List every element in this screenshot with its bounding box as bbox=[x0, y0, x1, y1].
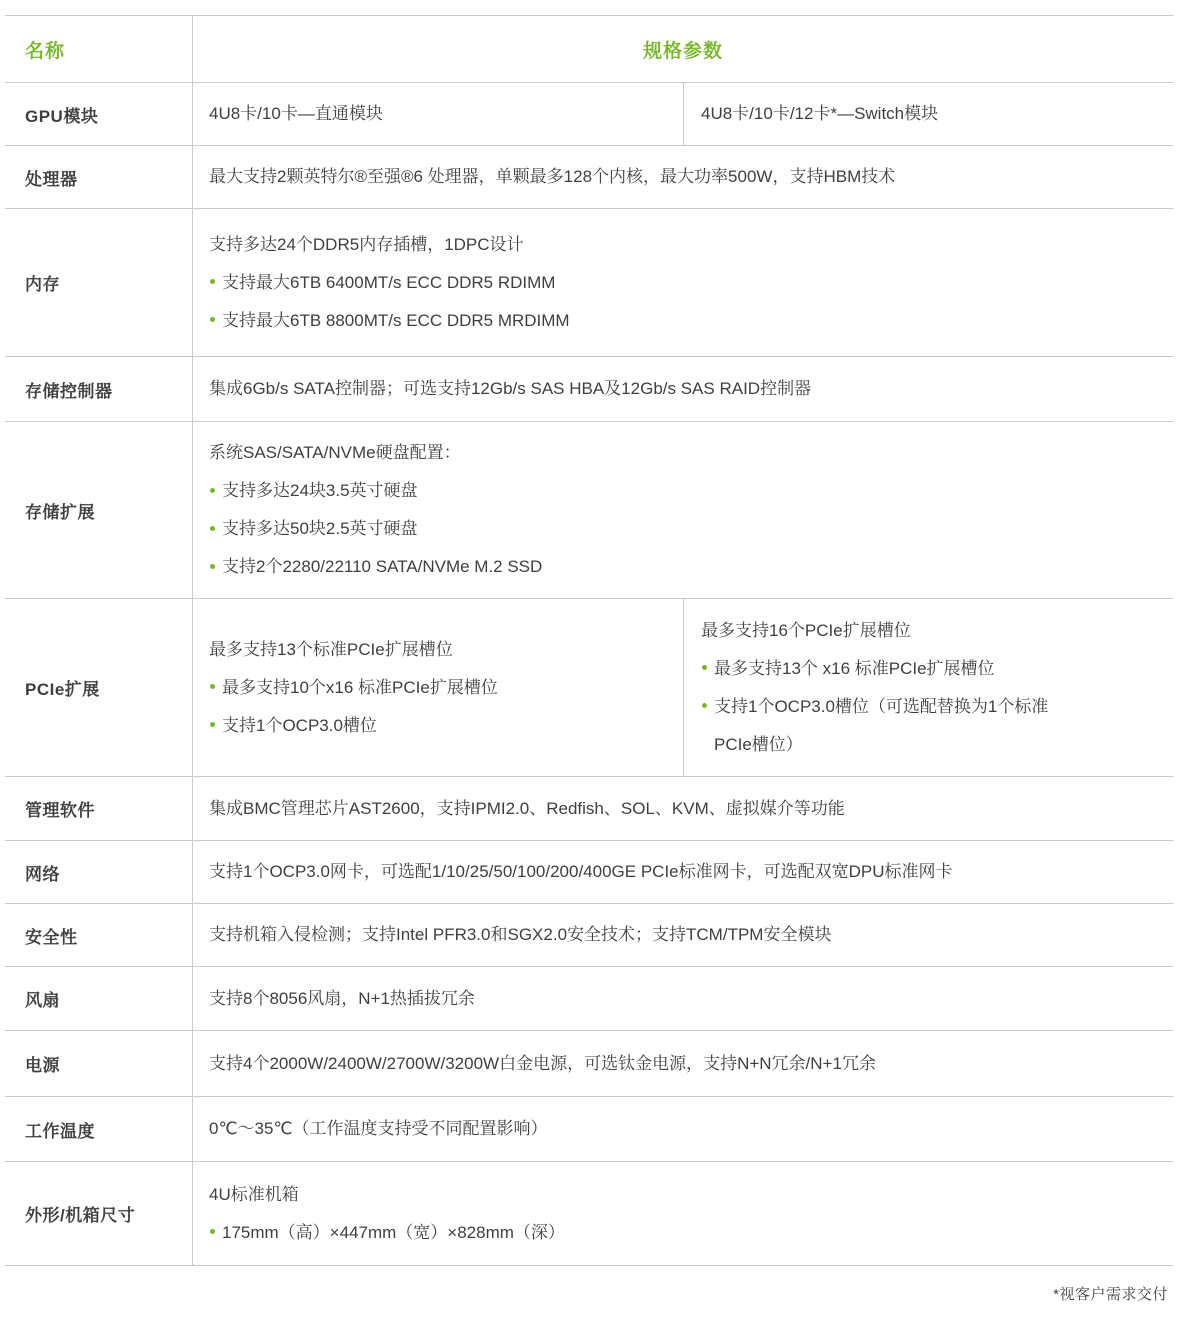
row-content: 4U标准机箱175mm（高）×447mm（宽）×828mm（深） bbox=[193, 1162, 1173, 1265]
spec-line: 支持1个OCP3.0槽位 bbox=[209, 707, 663, 745]
spec-line: 集成6Gb/s SATA控制器；可选支持12Gb/s SAS HBA及12Gb/… bbox=[209, 370, 1153, 408]
spec-row-processor: 处理器最大支持2颗英特尔®至强®6 处理器，单颗最多128个内核，最大功率500… bbox=[5, 146, 1173, 209]
row-content: 集成6Gb/s SATA控制器；可选支持12Gb/s SAS HBA及12Gb/… bbox=[193, 357, 1173, 421]
spec-row-storage-expansion: 存储扩展系统SAS/SATA/NVMe硬盘配置：支持多达24块3.5英寸硬盘支持… bbox=[5, 422, 1173, 599]
bullet-dot-icon bbox=[210, 279, 215, 284]
spec-line-text: 集成6Gb/s SATA控制器；可选支持12Gb/s SAS HBA及12Gb/… bbox=[209, 379, 811, 398]
spec-line-text: 4U8卡/10卡—直通模块 bbox=[209, 104, 383, 123]
bullet-dot-icon bbox=[210, 317, 215, 322]
row-content: 支持1个OCP3.0网卡，可选配1/10/25/50/100/200/400GE… bbox=[193, 841, 1173, 903]
spec-line: 支持1个OCP3.0网卡，可选配1/10/25/50/100/200/400GE… bbox=[209, 853, 1153, 891]
spec-line-text: 支持8个8056风扇，N+1热插拔冗余 bbox=[209, 989, 475, 1008]
spec-line: 4U标准机箱 bbox=[209, 1176, 1153, 1214]
row-content: 支持机箱入侵检测；支持Intel PFR3.0和SGX2.0安全技术；支持TCM… bbox=[193, 904, 1173, 966]
spec-line: 0℃～35℃（工作温度支持受不同配置影响） bbox=[209, 1110, 1153, 1148]
spec-row-operating-temperature: 工作温度0℃～35℃（工作温度支持受不同配置影响） bbox=[5, 1097, 1173, 1162]
spec-line-text: 支持最大6TB 6400MT/s ECC DDR5 RDIMM bbox=[222, 273, 555, 292]
row-content: 支持多达24个DDR5内存插槽，1DPC设计支持最大6TB 6400MT/s E… bbox=[193, 209, 1173, 356]
spec-line: 最多支持10个x16 标准PCIe扩展槽位 bbox=[209, 669, 663, 707]
footnote: *视客户需求交付 bbox=[1053, 1283, 1168, 1304]
spec-line: 支持8个8056风扇，N+1热插拔冗余 bbox=[209, 980, 1153, 1018]
spec-line-text: 系统SAS/SATA/NVMe硬盘配置： bbox=[209, 443, 461, 462]
spec-line: 最大支持2颗英特尔®至强®6 处理器，单颗最多128个内核，最大功率500W，支… bbox=[209, 158, 1153, 196]
row-label: 安全性 bbox=[5, 904, 193, 966]
spec-line: 支持多达50块2.5英寸硬盘 bbox=[209, 510, 1153, 548]
header-name-label: 名称 bbox=[25, 36, 65, 63]
row-label: 外形/机箱尺寸 bbox=[5, 1162, 193, 1265]
spec-line-text: 支持1个OCP3.0槽位 bbox=[222, 716, 377, 735]
spec-line-text: 支持机箱入侵检测；支持Intel PFR3.0和SGX2.0安全技术；支持TCM… bbox=[209, 925, 831, 944]
header-spec-column: 规格参数 bbox=[193, 16, 1173, 82]
bullet-dot-icon bbox=[210, 722, 215, 727]
spec-line: 支持2个2280/22110 SATA/NVMe M.2 SSD bbox=[209, 548, 1153, 586]
spec-line-text: 4U标准机箱 bbox=[209, 1185, 299, 1204]
spec-line-text: 支持多达24块3.5英寸硬盘 bbox=[222, 481, 418, 500]
spec-table: 名称 规格参数 GPU模块4U8卡/10卡—直通模块4U8卡/10卡/12卡*—… bbox=[5, 15, 1173, 1266]
spec-line-text: 支持多达50块2.5英寸硬盘 bbox=[222, 519, 418, 538]
spec-line: 175mm（高）×447mm（宽）×828mm（深） bbox=[209, 1214, 1153, 1252]
spec-row-security: 安全性支持机箱入侵检测；支持Intel PFR3.0和SGX2.0安全技术；支持… bbox=[5, 904, 1173, 967]
spec-line: 系统SAS/SATA/NVMe硬盘配置： bbox=[209, 434, 1153, 472]
spec-line: 最多支持13个标准PCIe扩展槽位 bbox=[209, 631, 663, 669]
row-content-left: 4U8卡/10卡—直通模块 bbox=[193, 83, 683, 145]
row-label: 管理软件 bbox=[5, 777, 193, 840]
bullet-dot-icon bbox=[210, 684, 215, 689]
row-label: PCIe扩展 bbox=[5, 599, 193, 776]
spec-line: 支持最大6TB 8800MT/s ECC DDR5 MRDIMM bbox=[209, 302, 1153, 340]
spec-row-network: 网络支持1个OCP3.0网卡，可选配1/10/25/50/100/200/400… bbox=[5, 841, 1173, 904]
spec-line-text: 4U8卡/10卡/12卡*—Switch模块 bbox=[701, 104, 938, 123]
bullet-dot-icon bbox=[210, 1229, 215, 1234]
spec-line-text: 支持1个OCP3.0网卡，可选配1/10/25/50/100/200/400GE… bbox=[209, 862, 953, 881]
spec-line: 支持1个OCP3.0槽位（可选配替换为1个标准 bbox=[701, 688, 1153, 726]
row-content-right: 最多支持16个PCIe扩展槽位最多支持13个 x16 标准PCIe扩展槽位支持1… bbox=[683, 599, 1173, 776]
row-content: 4U8卡/10卡—直通模块4U8卡/10卡/12卡*—Switch模块 bbox=[193, 83, 1173, 145]
row-label: 网络 bbox=[5, 841, 193, 903]
spec-line: 支持最大6TB 6400MT/s ECC DDR5 RDIMM bbox=[209, 264, 1153, 302]
row-content: 集成BMC管理芯片AST2600，支持IPMI2.0、Redfish、SOL、K… bbox=[193, 777, 1173, 840]
row-label: 电源 bbox=[5, 1031, 193, 1096]
row-label: 存储扩展 bbox=[5, 422, 193, 598]
row-content: 系统SAS/SATA/NVMe硬盘配置：支持多达24块3.5英寸硬盘支持多达50… bbox=[193, 422, 1173, 598]
row-content-right: 4U8卡/10卡/12卡*—Switch模块 bbox=[683, 83, 1173, 145]
row-content: 支持8个8056风扇，N+1热插拔冗余 bbox=[193, 967, 1173, 1030]
spec-line: 支持多达24块3.5英寸硬盘 bbox=[209, 472, 1153, 510]
spec-line: 4U8卡/10卡—直通模块 bbox=[209, 95, 663, 133]
spec-sheet-page: 名称 规格参数 GPU模块4U8卡/10卡—直通模块4U8卡/10卡/12卡*—… bbox=[0, 0, 1200, 1323]
spec-rows: GPU模块4U8卡/10卡—直通模块4U8卡/10卡/12卡*—Switch模块… bbox=[5, 83, 1173, 1266]
header-name-column: 名称 bbox=[5, 16, 193, 82]
spec-row-storage-controller: 存储控制器集成6Gb/s SATA控制器；可选支持12Gb/s SAS HBA及… bbox=[5, 357, 1173, 422]
spec-line-text: 最多支持13个 x16 标准PCIe扩展槽位 bbox=[714, 659, 995, 678]
spec-line-text: 0℃～35℃（工作温度支持受不同配置影响） bbox=[209, 1119, 548, 1138]
table-header-row: 名称 规格参数 bbox=[5, 16, 1173, 83]
spec-row-gpu-module: GPU模块4U8卡/10卡—直通模块4U8卡/10卡/12卡*—Switch模块 bbox=[5, 83, 1173, 146]
spec-line: 4U8卡/10卡/12卡*—Switch模块 bbox=[701, 95, 1153, 133]
spec-line-text: PCIe槽位） bbox=[714, 735, 803, 754]
row-content: 支持4个2000W/2400W/2700W/3200W白金电源，可选钛金电源，支… bbox=[193, 1031, 1173, 1096]
spec-row-fans: 风扇支持8个8056风扇，N+1热插拔冗余 bbox=[5, 967, 1173, 1031]
spec-line-text: 最多支持16个PCIe扩展槽位 bbox=[701, 621, 911, 640]
row-label: 处理器 bbox=[5, 146, 193, 208]
spec-line: 最多支持16个PCIe扩展槽位 bbox=[701, 612, 1153, 650]
row-label: 内存 bbox=[5, 209, 193, 356]
spec-line-text: 支持多达24个DDR5内存插槽，1DPC设计 bbox=[209, 235, 524, 254]
bullet-dot-icon bbox=[210, 564, 215, 569]
spec-line-text: 支持1个OCP3.0槽位（可选配替换为1个标准 bbox=[714, 697, 1048, 716]
spec-line: 集成BMC管理芯片AST2600，支持IPMI2.0、Redfish、SOL、K… bbox=[209, 790, 1153, 828]
spec-line-text: 支持2个2280/22110 SATA/NVMe M.2 SSD bbox=[222, 557, 542, 576]
header-spec-label: 规格参数 bbox=[643, 36, 723, 63]
bullet-dot-icon bbox=[702, 703, 707, 708]
bullet-dot-icon bbox=[210, 488, 215, 493]
bullet-dot-icon bbox=[702, 665, 707, 670]
spec-line-text: 支持最大6TB 8800MT/s ECC DDR5 MRDIMM bbox=[222, 311, 570, 330]
row-label: GPU模块 bbox=[5, 83, 193, 145]
row-content: 最大支持2颗英特尔®至强®6 处理器，单颗最多128个内核，最大功率500W，支… bbox=[193, 146, 1173, 208]
spec-row-chassis-dimensions: 外形/机箱尺寸4U标准机箱175mm（高）×447mm（宽）×828mm（深） bbox=[5, 1162, 1173, 1266]
spec-row-memory: 内存支持多达24个DDR5内存插槽，1DPC设计支持最大6TB 6400MT/s… bbox=[5, 209, 1173, 357]
spec-line-text: 集成BMC管理芯片AST2600，支持IPMI2.0、Redfish、SOL、K… bbox=[209, 799, 845, 818]
row-label: 工作温度 bbox=[5, 1097, 193, 1161]
spec-line: 最多支持13个 x16 标准PCIe扩展槽位 bbox=[701, 650, 1153, 688]
spec-line-text: 最大支持2颗英特尔®至强®6 处理器，单颗最多128个内核，最大功率500W，支… bbox=[209, 167, 895, 186]
spec-line-text: 175mm（高）×447mm（宽）×828mm（深） bbox=[222, 1223, 565, 1242]
spec-row-management-software: 管理软件集成BMC管理芯片AST2600，支持IPMI2.0、Redfish、S… bbox=[5, 777, 1173, 841]
spec-line-text: 支持4个2000W/2400W/2700W/3200W白金电源，可选钛金电源，支… bbox=[209, 1054, 876, 1073]
spec-line: 支持机箱入侵检测；支持Intel PFR3.0和SGX2.0安全技术；支持TCM… bbox=[209, 916, 1153, 954]
spec-line-text: 最多支持10个x16 标准PCIe扩展槽位 bbox=[222, 678, 498, 697]
bullet-dot-icon bbox=[210, 526, 215, 531]
row-content: 0℃～35℃（工作温度支持受不同配置影响） bbox=[193, 1097, 1173, 1161]
spec-line: 支持多达24个DDR5内存插槽，1DPC设计 bbox=[209, 226, 1153, 264]
spec-line-text: 最多支持13个标准PCIe扩展槽位 bbox=[209, 640, 453, 659]
spec-line: 支持4个2000W/2400W/2700W/3200W白金电源，可选钛金电源，支… bbox=[209, 1045, 1153, 1083]
row-label: 存储控制器 bbox=[5, 357, 193, 421]
row-content: 最多支持13个标准PCIe扩展槽位最多支持10个x16 标准PCIe扩展槽位支持… bbox=[193, 599, 1173, 776]
spec-line: PCIe槽位） bbox=[701, 726, 1153, 764]
spec-row-power-supply: 电源支持4个2000W/2400W/2700W/3200W白金电源，可选钛金电源… bbox=[5, 1031, 1173, 1097]
spec-row-pcie-expansion: PCIe扩展最多支持13个标准PCIe扩展槽位最多支持10个x16 标准PCIe… bbox=[5, 599, 1173, 777]
row-content-left: 最多支持13个标准PCIe扩展槽位最多支持10个x16 标准PCIe扩展槽位支持… bbox=[193, 599, 683, 776]
row-label: 风扇 bbox=[5, 967, 193, 1030]
